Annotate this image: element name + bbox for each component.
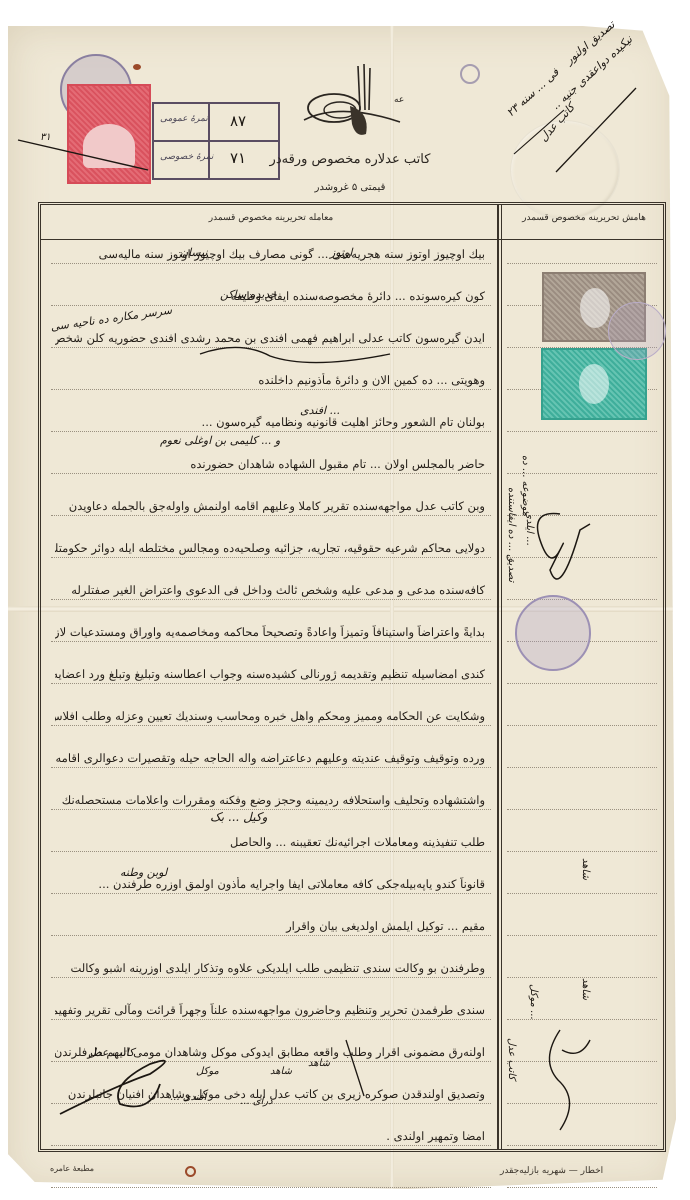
ink-ring [460,64,480,84]
ruled-line [51,389,491,390]
registry-number-special: ٧١ [230,149,246,167]
document-text-line: کندی امضاسیله تنظیم وتقدیمه ژورنالی کشید… [55,667,485,681]
ruled-line [51,683,491,684]
margin-ruled-line [507,683,657,684]
tughra-emblem-icon: عه [300,62,410,142]
document-text-line: کافه‌سنده مدعی و مدعی علیه وشخص ثالث ودا… [55,583,485,597]
margin-annotation: ... موکل [528,700,539,1020]
document-text-line: واشتشهاده وتحلیف واستحلافه ردیمینه وحجز … [55,793,485,807]
ruled-line [51,767,491,768]
document-price: قیمتی ۵ غروشدر [270,182,430,193]
ruled-line [51,473,491,474]
ruled-line [51,599,491,600]
table-header-row: معامله تحریرینه مخصوص قسمدر هامش تحریرین… [41,205,663,240]
handwritten-note: وکیل ... بک [210,810,267,824]
document-title: کاتب عدلاره مخصوص ورقه‌در [250,152,450,167]
handwritten-note: ... افندی [300,404,340,417]
document-text-line: بولنان تام الشعور وحائز اهلیت قانونیه ون… [55,415,485,429]
registry-number-box: نمرۀ عمومی ٨٧ نمرۀ خصوصی ٧١ [152,102,280,180]
ruled-line [51,851,491,852]
ruled-line [51,977,491,978]
handwritten-note: و ... کلیمی بن اوغلی نعوم [160,434,280,447]
margin-annotation: موضوعه ... ده [520,276,531,516]
witness2-signature [340,1040,370,1100]
ink-spot [133,64,141,70]
ruled-line [51,557,491,558]
document-text-line: طلب تنفیذینه ومعاملات اجرائیه‌نك تعقیبنه… [55,835,485,849]
margin-signature [520,510,600,610]
handwritten-note: لوبن وطنه [120,866,167,879]
printer-imprint: مطبعۀ عامره [50,1164,94,1173]
margin-annotation: شاهد [580,940,591,1000]
ruled-line [51,1019,491,1020]
document-text-line: مقیم ... توکیل ایلمش اولدیغی بیان واقرار [55,919,485,933]
ruled-line [51,1187,491,1188]
notary-signature-margin [540,1020,600,1140]
margin-annotation: کاتب عدل [506,680,517,1080]
handwritten-note: اوتوز [330,246,352,259]
top-right-annotation: تصدیق اولنور نیکیده دواعقدی جنیه .. فی .… [500,36,680,196]
margin-ruled-line [507,263,657,264]
notary-signature [60,1044,180,1124]
ruled-line [51,305,491,306]
document-text-line: بیك اوچیوز اوتوز سنه هجریه‌سی ... گونی م… [55,247,485,261]
witness1-signature: درای ... [240,1096,273,1107]
margin-column-header: هامش تحریرینه مخصوص قسمدر [509,213,659,223]
ink-flourish [200,340,400,370]
document-text-line: وهویتی ... ده کمین الان و دائرۀ مأذونیم … [55,373,485,387]
handwritten-note: جدیده ساکن [220,288,277,301]
registry-number-general: ٨٧ [230,112,246,130]
ruled-line [51,893,491,894]
ink-spot [185,1166,196,1177]
ruled-line [51,725,491,726]
footer-warning: اخطار — شهریه بازلیه‌جقدر [500,1166,603,1176]
margin-annotation: شاهد [580,820,591,880]
registry-label-special: نمرۀ خصوصی [160,152,213,162]
document-text-line: دولایی محاکم شرعیه حقوقیه، تجاریه، جزائی… [55,541,485,555]
ruled-line [51,263,491,264]
principal-signature: افندی ... [170,1092,206,1103]
document-text-line: وبن کاتب عدل مواجهه‌سنده تقریر کاملا وعل… [55,499,485,513]
ruled-line [51,1145,491,1146]
ruled-line [51,431,491,432]
ruled-line [51,515,491,516]
document-text-line: وشکایت عن الحکامه وممیز ومحکم واهل خبره … [55,709,485,723]
stamp-medallion-icon [580,288,610,328]
svg-text:عه: عه [394,95,404,105]
handwritten-note: نیسان [180,246,208,259]
document-text-line: حاضر بالمجلس اولان ... تام مقبول الشهاده… [55,457,485,471]
stamp-medallion-icon [579,364,609,404]
principal-label: موکل [196,1066,219,1077]
document-text-line: قانوناً کندو یاپه‌بیله‌جکی کافه معاملاتی… [55,877,485,891]
witness1-label: شاهد [270,1066,292,1077]
ruled-line [51,641,491,642]
document-text-line: سندی طرفمدن تحریر وتنظیم وحاضرون مواجهه‌… [55,1003,485,1017]
purple-ink-seal-faint [608,302,666,360]
witness2-label: شاهد [308,1058,330,1069]
document-text-line: ورده وتوقیف وتوقیف عندیته وعلیهم دعاعترا… [55,751,485,765]
margin-ruled-line [507,1187,657,1188]
document-text-line: وطرفندن بو وکالت سندی تنظیمی طلب ایلدیکی… [55,961,485,975]
document-text-line: امضا وتمهیر اولندی . [55,1129,485,1143]
ruled-line [51,935,491,936]
document-text-line: بدایةً واعتراضاً واستینافاً وتمیزاً واعا… [55,625,485,639]
margin-ruled-line [507,1145,657,1146]
margin-annotation: تصدیق ... ده ایفاستنده [506,262,517,582]
main-column-header: معامله تحریرینه مخصوص قسمدر [161,213,381,223]
registry-label-general: نمرۀ عمومی [160,114,208,124]
ruled-line [51,809,491,810]
crossing-line [18,136,158,176]
